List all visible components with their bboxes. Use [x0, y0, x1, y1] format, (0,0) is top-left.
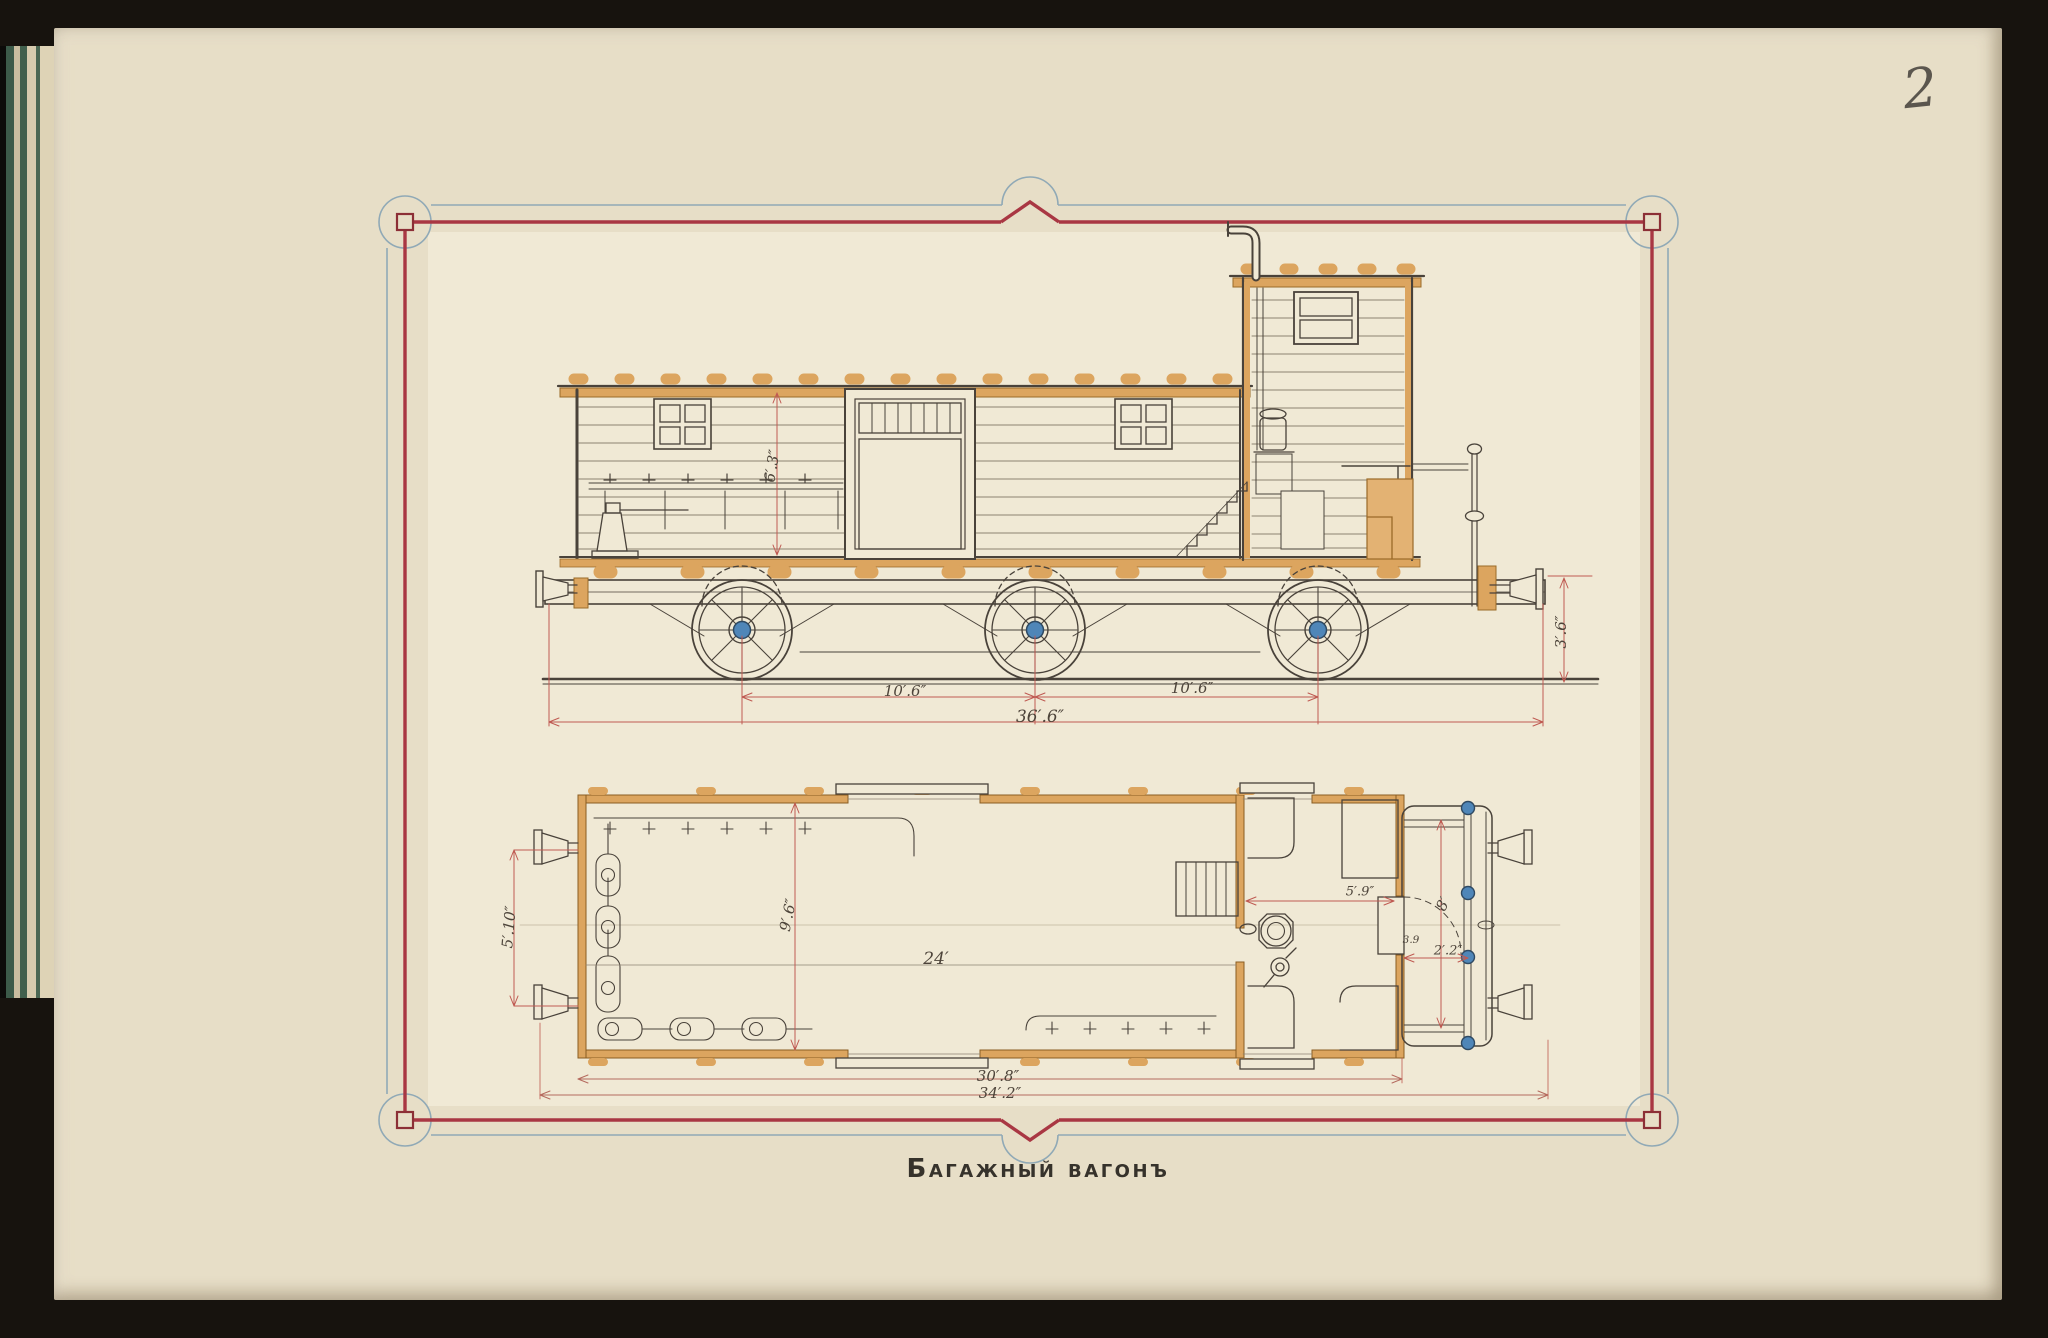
side-window-right — [1115, 399, 1172, 449]
dim-label-baggage-length: 24′ — [923, 949, 949, 969]
cabin-window — [1294, 292, 1358, 344]
railing-post — [1462, 887, 1475, 900]
handwritten-page-number: 2 — [1900, 55, 1941, 121]
dim-label-buffer-height: 3′.6″ — [1552, 616, 1570, 649]
sliding-door — [845, 389, 975, 559]
locker — [1367, 479, 1413, 559]
side-window-left — [654, 399, 711, 449]
dim-label-platform-step: 2′.2″ — [1434, 944, 1462, 959]
technical-drawing — [0, 0, 2048, 1338]
panel — [1281, 491, 1324, 549]
dim-label-axle-left: 10′.6″ — [884, 682, 926, 700]
dim-label-door-note: 3.9 — [1403, 934, 1420, 946]
dim-label-overall-width: 5′.10″ — [498, 905, 520, 949]
dim-label-compartment-width: 5′.9″ — [1346, 885, 1374, 900]
railing-post — [1462, 951, 1475, 964]
dim-label-total-length: 36′.6″ — [1016, 707, 1064, 727]
dim-label-axle-right: 10′.6″ — [1171, 679, 1213, 697]
railing-post — [1462, 1037, 1475, 1050]
scanned-album-page: 2 10′.6″ 10′.6″ 36′.6″ 3′.6″ 6′.3″ 9′.6″… — [0, 0, 2048, 1338]
dim-label-plan-total-length: 34′.2″ — [979, 1084, 1021, 1102]
railing-post — [1462, 802, 1475, 815]
drawing-sheet — [428, 232, 1640, 1106]
drawing-title: Багажный вагонъ — [907, 1154, 1170, 1184]
dim-label-body-length: 30′.8″ — [977, 1067, 1019, 1085]
